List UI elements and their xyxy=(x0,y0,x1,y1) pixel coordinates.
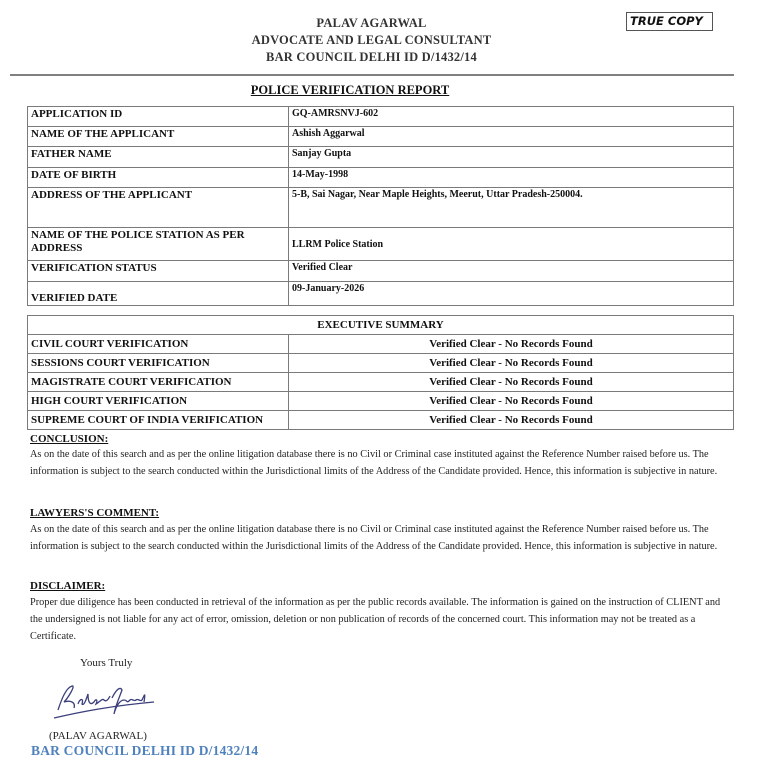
applicant-details-table: APPLICATION ID GQ-AMRSNVJ-602 NAME OF TH… xyxy=(27,106,734,306)
court-label: CIVIL COURT VERIFICATION xyxy=(28,335,289,354)
conclusion-text: As on the date of this search and as per… xyxy=(30,446,730,480)
header-divider xyxy=(10,74,734,76)
detail-label: NAME OF THE APPLICANT xyxy=(28,127,289,147)
detail-value: Ashish Aggarwal xyxy=(289,127,734,147)
true-copy-stamp: TRUE COPY xyxy=(626,12,713,31)
court-status: Verified Clear - No Records Found xyxy=(289,392,734,411)
court-status: Verified Clear - No Records Found xyxy=(289,354,734,373)
table-row: DATE OF BIRTH 14-May-1998 xyxy=(28,168,734,188)
executive-summary-table: EXECUTIVE SUMMARY CIVIL COURT VERIFICATI… xyxy=(27,315,734,430)
closing-text: Yours Truly xyxy=(80,657,132,669)
detail-value: Verified Clear xyxy=(289,261,734,282)
header-bar-id: BAR COUNCIL DELHI ID D/1432/14 xyxy=(0,50,757,65)
table-row: HIGH COURT VERIFICATION Verified Clear -… xyxy=(28,392,734,411)
detail-label: VERIFIED DATE xyxy=(28,282,289,306)
court-label: HIGH COURT VERIFICATION xyxy=(28,392,289,411)
table-row: VERIFICATION STATUS Verified Clear xyxy=(28,261,734,282)
detail-value: LLRM Police Station xyxy=(289,228,734,261)
detail-value: GQ-AMRSNVJ-602 xyxy=(289,107,734,127)
lawyers-comment-heading: LAWYERS'S COMMENT: xyxy=(30,507,159,519)
table-row: CIVIL COURT VERIFICATION Verified Clear … xyxy=(28,335,734,354)
conclusion-heading: CONCLUSION: xyxy=(30,433,108,445)
table-row: VERIFIED DATE 09-January-2026 xyxy=(28,282,734,306)
court-label: MAGISTRATE COURT VERIFICATION xyxy=(28,373,289,392)
table-row: ADDRESS OF THE APPLICANT 5-B, Sai Nagar,… xyxy=(28,188,734,228)
lawyers-comment-text: As on the date of this search and as per… xyxy=(30,521,730,555)
detail-label: APPLICATION ID xyxy=(28,107,289,127)
table-row: FATHER NAME Sanjay Gupta xyxy=(28,147,734,168)
court-status: Verified Clear - No Records Found xyxy=(289,373,734,392)
detail-value: 09-January-2026 xyxy=(289,282,734,306)
court-label: SUPREME COURT OF INDIA VERIFICATION xyxy=(28,411,289,430)
table-row: SUPREME COURT OF INDIA VERIFICATION Veri… xyxy=(28,411,734,430)
table-row: SESSIONS COURT VERIFICATION Verified Cle… xyxy=(28,354,734,373)
detail-label: ADDRESS OF THE APPLICANT xyxy=(28,188,289,228)
signatory-name: (PALAV AGARWAL) xyxy=(49,730,147,742)
detail-value: 14-May-1998 xyxy=(289,168,734,188)
court-status: Verified Clear - No Records Found xyxy=(289,411,734,430)
executive-summary-title: EXECUTIVE SUMMARY xyxy=(28,316,734,335)
footer-bar-id: BAR COUNCIL DELHI ID D/1432/14 xyxy=(31,743,258,759)
table-row: NAME OF THE POLICE STATION AS PER ADDRES… xyxy=(28,228,734,261)
detail-label: FATHER NAME xyxy=(28,147,289,168)
detail-value: Sanjay Gupta xyxy=(289,147,734,168)
court-label: SESSIONS COURT VERIFICATION xyxy=(28,354,289,373)
advocate-designation: ADVOCATE AND LEGAL CONSULTANT xyxy=(0,33,757,48)
detail-label: NAME OF THE POLICE STATION AS PER ADDRES… xyxy=(28,228,289,261)
disclaimer-heading: DISCLAIMER: xyxy=(30,580,105,592)
detail-label: VERIFICATION STATUS xyxy=(28,261,289,282)
report-title: POLICE VERIFICATION REPORT xyxy=(0,83,700,98)
detail-label: DATE OF BIRTH xyxy=(28,168,289,188)
detail-value: 5-B, Sai Nagar, Near Maple Heights, Meer… xyxy=(289,188,734,228)
table-header-row: EXECUTIVE SUMMARY xyxy=(28,316,734,335)
disclaimer-text: Proper due diligence has been conducted … xyxy=(30,594,730,645)
court-status: Verified Clear - No Records Found xyxy=(289,335,734,354)
table-row: APPLICATION ID GQ-AMRSNVJ-602 xyxy=(28,107,734,127)
table-row: MAGISTRATE COURT VERIFICATION Verified C… xyxy=(28,373,734,392)
signature-icon xyxy=(50,680,160,727)
table-row: NAME OF THE APPLICANT Ashish Aggarwal xyxy=(28,127,734,147)
